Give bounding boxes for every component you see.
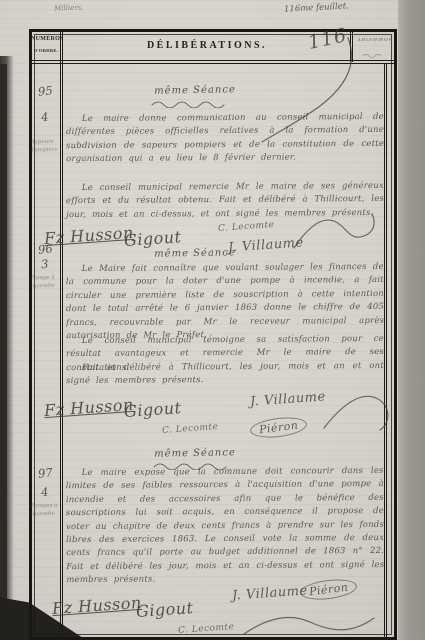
body-right-rule [384, 63, 387, 640]
signature-gigout: Gigout [135, 598, 194, 621]
deliberation-paragraph: Le Maire fait connaître que voulant soul… [66, 261, 385, 344]
scan-backdrop [398, 0, 425, 640]
order-number-95: 95 [37, 83, 53, 98]
summary-squiggle-mark [362, 52, 384, 58]
margin-note-95: Sapeurs Pompiers [31, 137, 62, 154]
signature-gigout: Gigout [123, 227, 182, 250]
folio-note: 116me feuillet. [284, 1, 349, 14]
order-number-97: 97 [37, 465, 53, 480]
numbers-column-header-line2: D'ORDRE. [31, 48, 61, 53]
paraph-flourish [240, 606, 380, 640]
top-left-note: Milliers, [54, 3, 84, 12]
item-number-95: 4 [40, 110, 49, 125]
section-heading-96: même Séance [135, 247, 255, 260]
numbers-column-header-line1: NUMÉROS [31, 36, 61, 42]
paraph-flourish [318, 378, 398, 438]
numbers-column-header: NUMÉROS D'ORDRE. [31, 36, 61, 53]
section-heading-97: même Séance [135, 447, 255, 460]
margin-note-96: Pompe à incendie [31, 273, 62, 290]
item-number-97: 4 [40, 485, 49, 500]
binding-edge [0, 64, 7, 624]
item-number-96: 3 [40, 257, 49, 272]
paraph-flourish [290, 204, 380, 260]
section-heading-95: même Séance [135, 84, 255, 97]
deliberation-paragraph: Le maire donne communication au conseil … [66, 111, 384, 167]
numbers-column-divider [60, 29, 63, 640]
deliberation-paragraph: Le maire expose que la commune doit conc… [66, 465, 385, 588]
summary-column-header: SOMMAIRE [352, 38, 396, 43]
signature-gigout: Gigout [123, 398, 182, 421]
register-scan-page: Milliers, 116me feuillet. NUMÉROS D'ORDR… [0, 0, 425, 640]
order-number-96: 96 [37, 241, 53, 256]
heading-squiggle-95 [150, 100, 226, 108]
margin-note-97: Pompes à incendie [31, 501, 62, 518]
